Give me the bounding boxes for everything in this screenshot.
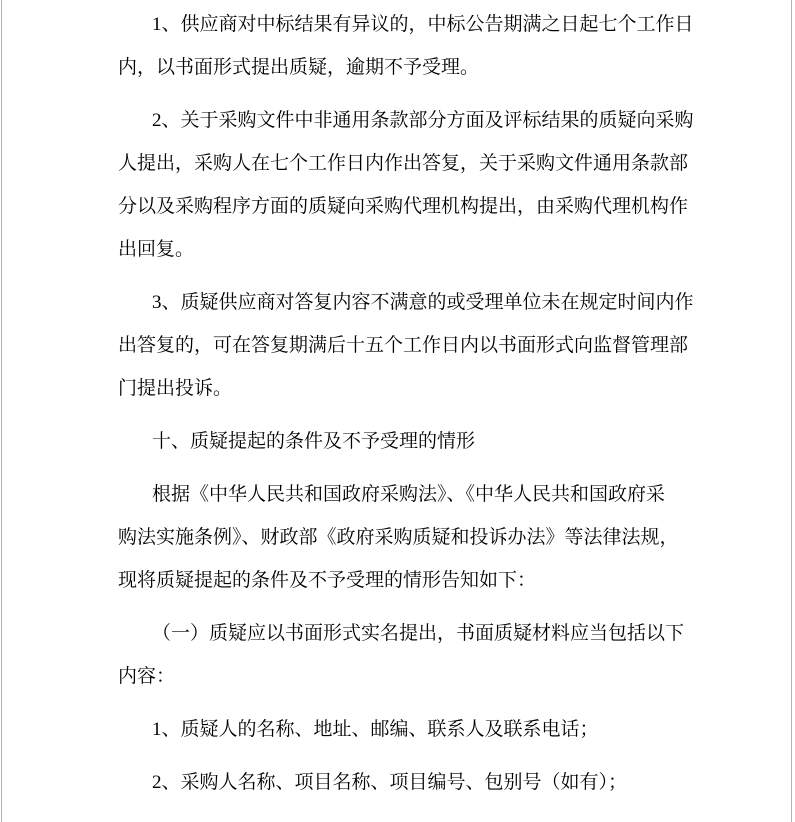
text-line: 分以及采购程序方面的质疑向采购代理机构提出，由采购代理机构作 <box>118 185 680 228</box>
document-content: 1、供应商对中标结果有异议的，中标公告期满之日起七个工作日 内，以书面形式提出质… <box>118 3 680 814</box>
document-page: 1、供应商对中标结果有异议的，中标公告期满之日起七个工作日 内，以书面形式提出质… <box>0 0 795 822</box>
text-line: 出回复。 <box>118 228 680 271</box>
page-left-edge-line <box>1 0 2 822</box>
text-line: 门提出投诉。 <box>118 367 680 410</box>
section-heading-text: 十、质疑提起的条件及不予受理的情形 <box>118 420 680 463</box>
page-right-edge-line <box>791 0 792 822</box>
text-line: 2、采购人名称、项目名称、项目编号、包别号（如有）； <box>118 761 680 804</box>
paragraph-legal-basis: 根据《中华人民共和国政府采购法》、《中华人民共和国政府采 购法实施条例》、财政部… <box>118 473 680 602</box>
text-line: （一）质疑应以书面形式实名提出，书面质疑材料应当包括以下 <box>118 612 680 655</box>
paragraph-complaint: 3、质疑供应商对答复内容不满意的或受理单位未在规定时间内作 出答复的，可在答复期… <box>118 281 680 410</box>
text-line: 1、供应商对中标结果有异议的，中标公告期满之日起七个工作日 <box>118 3 680 46</box>
text-line: 根据《中华人民共和国政府采购法》、《中华人民共和国政府采 <box>118 473 680 516</box>
text-line: 3、质疑供应商对答复内容不满意的或受理单位未在规定时间内作 <box>118 281 680 324</box>
text-line: 1、质疑人的名称、地址、邮编、联系人及联系电话； <box>118 708 680 751</box>
section-heading-ten: 十、质疑提起的条件及不予受理的情形 <box>118 420 680 463</box>
text-line: 出答复的，可在答复期满后十五个工作日内以书面形式向监督管理部 <box>118 324 680 367</box>
text-line: 人提出，采购人在七个工作日内作出答复，关于采购文件通用条款部 <box>118 142 680 185</box>
paragraph-sub-item-2: 2、采购人名称、项目名称、项目编号、包别号（如有）； <box>118 761 680 804</box>
paragraph-item-one: （一）质疑应以书面形式实名提出，书面质疑材料应当包括以下 内容： <box>118 612 680 698</box>
text-line: 现将质疑提起的条件及不予受理的情形告知如下： <box>118 559 680 602</box>
text-line: 内，以书面形式提出质疑，逾期不予受理。 <box>118 46 680 89</box>
paragraph-query-target: 2、关于采购文件中非通用条款部分方面及评标结果的质疑向采购 人提出，采购人在七个… <box>118 99 680 271</box>
text-line: 内容： <box>118 655 680 698</box>
paragraph-sub-item-1: 1、质疑人的名称、地址、邮编、联系人及联系电话； <box>118 708 680 751</box>
text-line: 购法实施条例》、财政部《政府采购质疑和投诉办法》等法律法规， <box>118 516 680 559</box>
paragraph-deadline: 1、供应商对中标结果有异议的，中标公告期满之日起七个工作日 内，以书面形式提出质… <box>118 3 680 89</box>
text-line: 2、关于采购文件中非通用条款部分方面及评标结果的质疑向采购 <box>118 99 680 142</box>
